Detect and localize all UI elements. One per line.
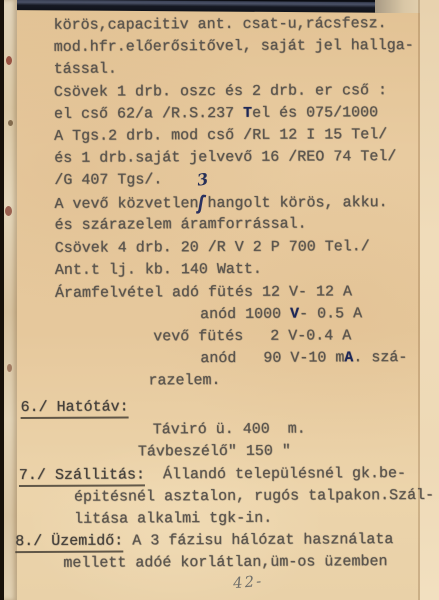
typewritten-text: mellett adóé korlátlan,üm-os üzemben: [63, 553, 387, 572]
typewritten-text: Csövek 1 drb. oszc és 2 drb. er cső :: [54, 82, 387, 101]
typewritten-text: és 1 drb.saját jelvevő 16 /REO 74 Tel/: [54, 148, 396, 167]
text-block: körös,capacitiv ant. csat-u,rácsfesz.mod…: [0, 0, 439, 600]
text-line: Csövek 1 drb. oszc és 2 drb. er cső :: [54, 80, 387, 103]
typewritten-text: A Tgs.2 drb. mod cső /RL 12 I 15 Tel/: [54, 126, 387, 145]
typewritten-text: Áramfelvétel adó fütés 12 V- 12 A: [55, 283, 352, 302]
scanned-page: körös,capacitiv ant. csat-u,rácsfesz.mod…: [0, 0, 439, 600]
typewritten-text: A 3 fázisu hálózat használata: [123, 531, 393, 549]
text-line: körös,capacitiv ant. csat-u,rácsfesz.: [54, 13, 387, 36]
typewritten-text: tással.: [54, 61, 117, 78]
text-line: Távbeszélő" 150 ": [138, 441, 291, 463]
text-line: Áramfelvétel adó fütés 12 V- 12 A: [55, 281, 352, 304]
text-line: mellett adóé korlátlan,üm-os üzemben: [63, 551, 387, 574]
text-line: 7./ Szállitás: Állandó településnél gk.b…: [19, 463, 406, 486]
typewritten-text: el és 075/1000: [252, 104, 378, 122]
typewritten-text: hangolt körös, akku.: [207, 194, 387, 212]
typewritten-text: el cső 62/a /R.S.237: [54, 105, 243, 123]
typewritten-text: anód 1000: [200, 306, 290, 323]
typewritten-text: razelem.: [148, 372, 220, 389]
text-line: Csövek 4 drb. 20 /R V 2 P 700 Tel./: [55, 236, 370, 259]
text-line: razelem.: [148, 370, 220, 391]
text-line: Ant.t lj. kb. 140 Watt.: [55, 259, 262, 281]
text-line: 6./ Hatótáv:: [21, 396, 129, 418]
typewritten-text: épitésnél asztalon, rugós talpakon.Szál-: [74, 487, 434, 506]
text-line: el cső 62/a /R.S.237 Tel és 075/1000: [54, 102, 378, 125]
typewritten-text: Csövek 4 drb. 20 /R V 2 P 700 Tel./: [55, 238, 370, 257]
text-line: Táviró ü. 400 m.: [153, 419, 306, 441]
text-line: 8./ Üzemidő: A 3 fázisu hálózat használa…: [15, 529, 393, 552]
ink-correction: T: [243, 105, 252, 122]
section-heading: 8./ Üzemidő:: [15, 533, 123, 554]
text-line: A vevő közvetlenʃhangolt körös, akku.: [54, 191, 387, 215]
text-line: épitésnél asztalon, rugós talpakon.Szál-: [74, 485, 434, 508]
text-line: tással.: [54, 59, 117, 80]
text-line: /G 407 Tgs/.: [54, 169, 162, 191]
typewritten-text: vevő fütés 2 V-0.4 A: [153, 327, 351, 345]
typewritten-text: anód 90 V-10 m: [200, 349, 344, 367]
typewritten-text: - 0.5 A: [299, 305, 362, 322]
text-line: anód 1000 V- 0.5 A: [200, 303, 362, 325]
section-heading: 6./ Hatótáv:: [21, 398, 129, 419]
typewritten-text: A vevő közvetlen: [54, 195, 198, 213]
typewritten-text: mod.hfr.előerősitővel, saját jel hallga-: [54, 37, 414, 56]
typewritten-text: Ant.t lj. kb. 140 Watt.: [55, 261, 262, 279]
typewritten-text: . szá-: [353, 349, 407, 366]
ink-correction: A: [344, 349, 353, 366]
text-line: anód 90 V-10 mA. szá-: [200, 347, 407, 369]
text-line: és szárazelem áramforrással.: [55, 214, 307, 236]
text-line: litása alkalmi tgk-in.: [74, 508, 272, 530]
ink-correction: V: [290, 306, 299, 323]
typewritten-text: litása alkalmi tgk-in.: [74, 510, 272, 528]
text-line: A Tgs.2 drb. mod cső /RL 12 I 15 Tel/: [54, 124, 387, 147]
typewritten-text: körös,capacitiv ant. csat-u,rácsfesz.: [54, 15, 387, 34]
typewritten-text: Táviró ü. 400 m.: [153, 421, 306, 439]
text-line: mod.hfr.előerősitővel, saját jel hallga-: [54, 35, 414, 58]
handwritten-page-number: 42-: [232, 572, 264, 593]
typewritten-text: Távbeszélő" 150 ": [138, 443, 291, 461]
typewritten-text: és szárazelem áramforrással.: [55, 216, 307, 234]
section-heading: 7./ Szállitás:: [19, 466, 145, 487]
typewritten-text: /G 407 Tgs/.: [54, 171, 162, 189]
text-line: és 1 drb.saját jelvevő 16 /REO 74 Tel/: [54, 146, 396, 169]
text-line: vevő fütés 2 V-0.4 A: [153, 325, 351, 347]
typewritten-text: Állandó településnél gk.be-: [145, 465, 406, 483]
